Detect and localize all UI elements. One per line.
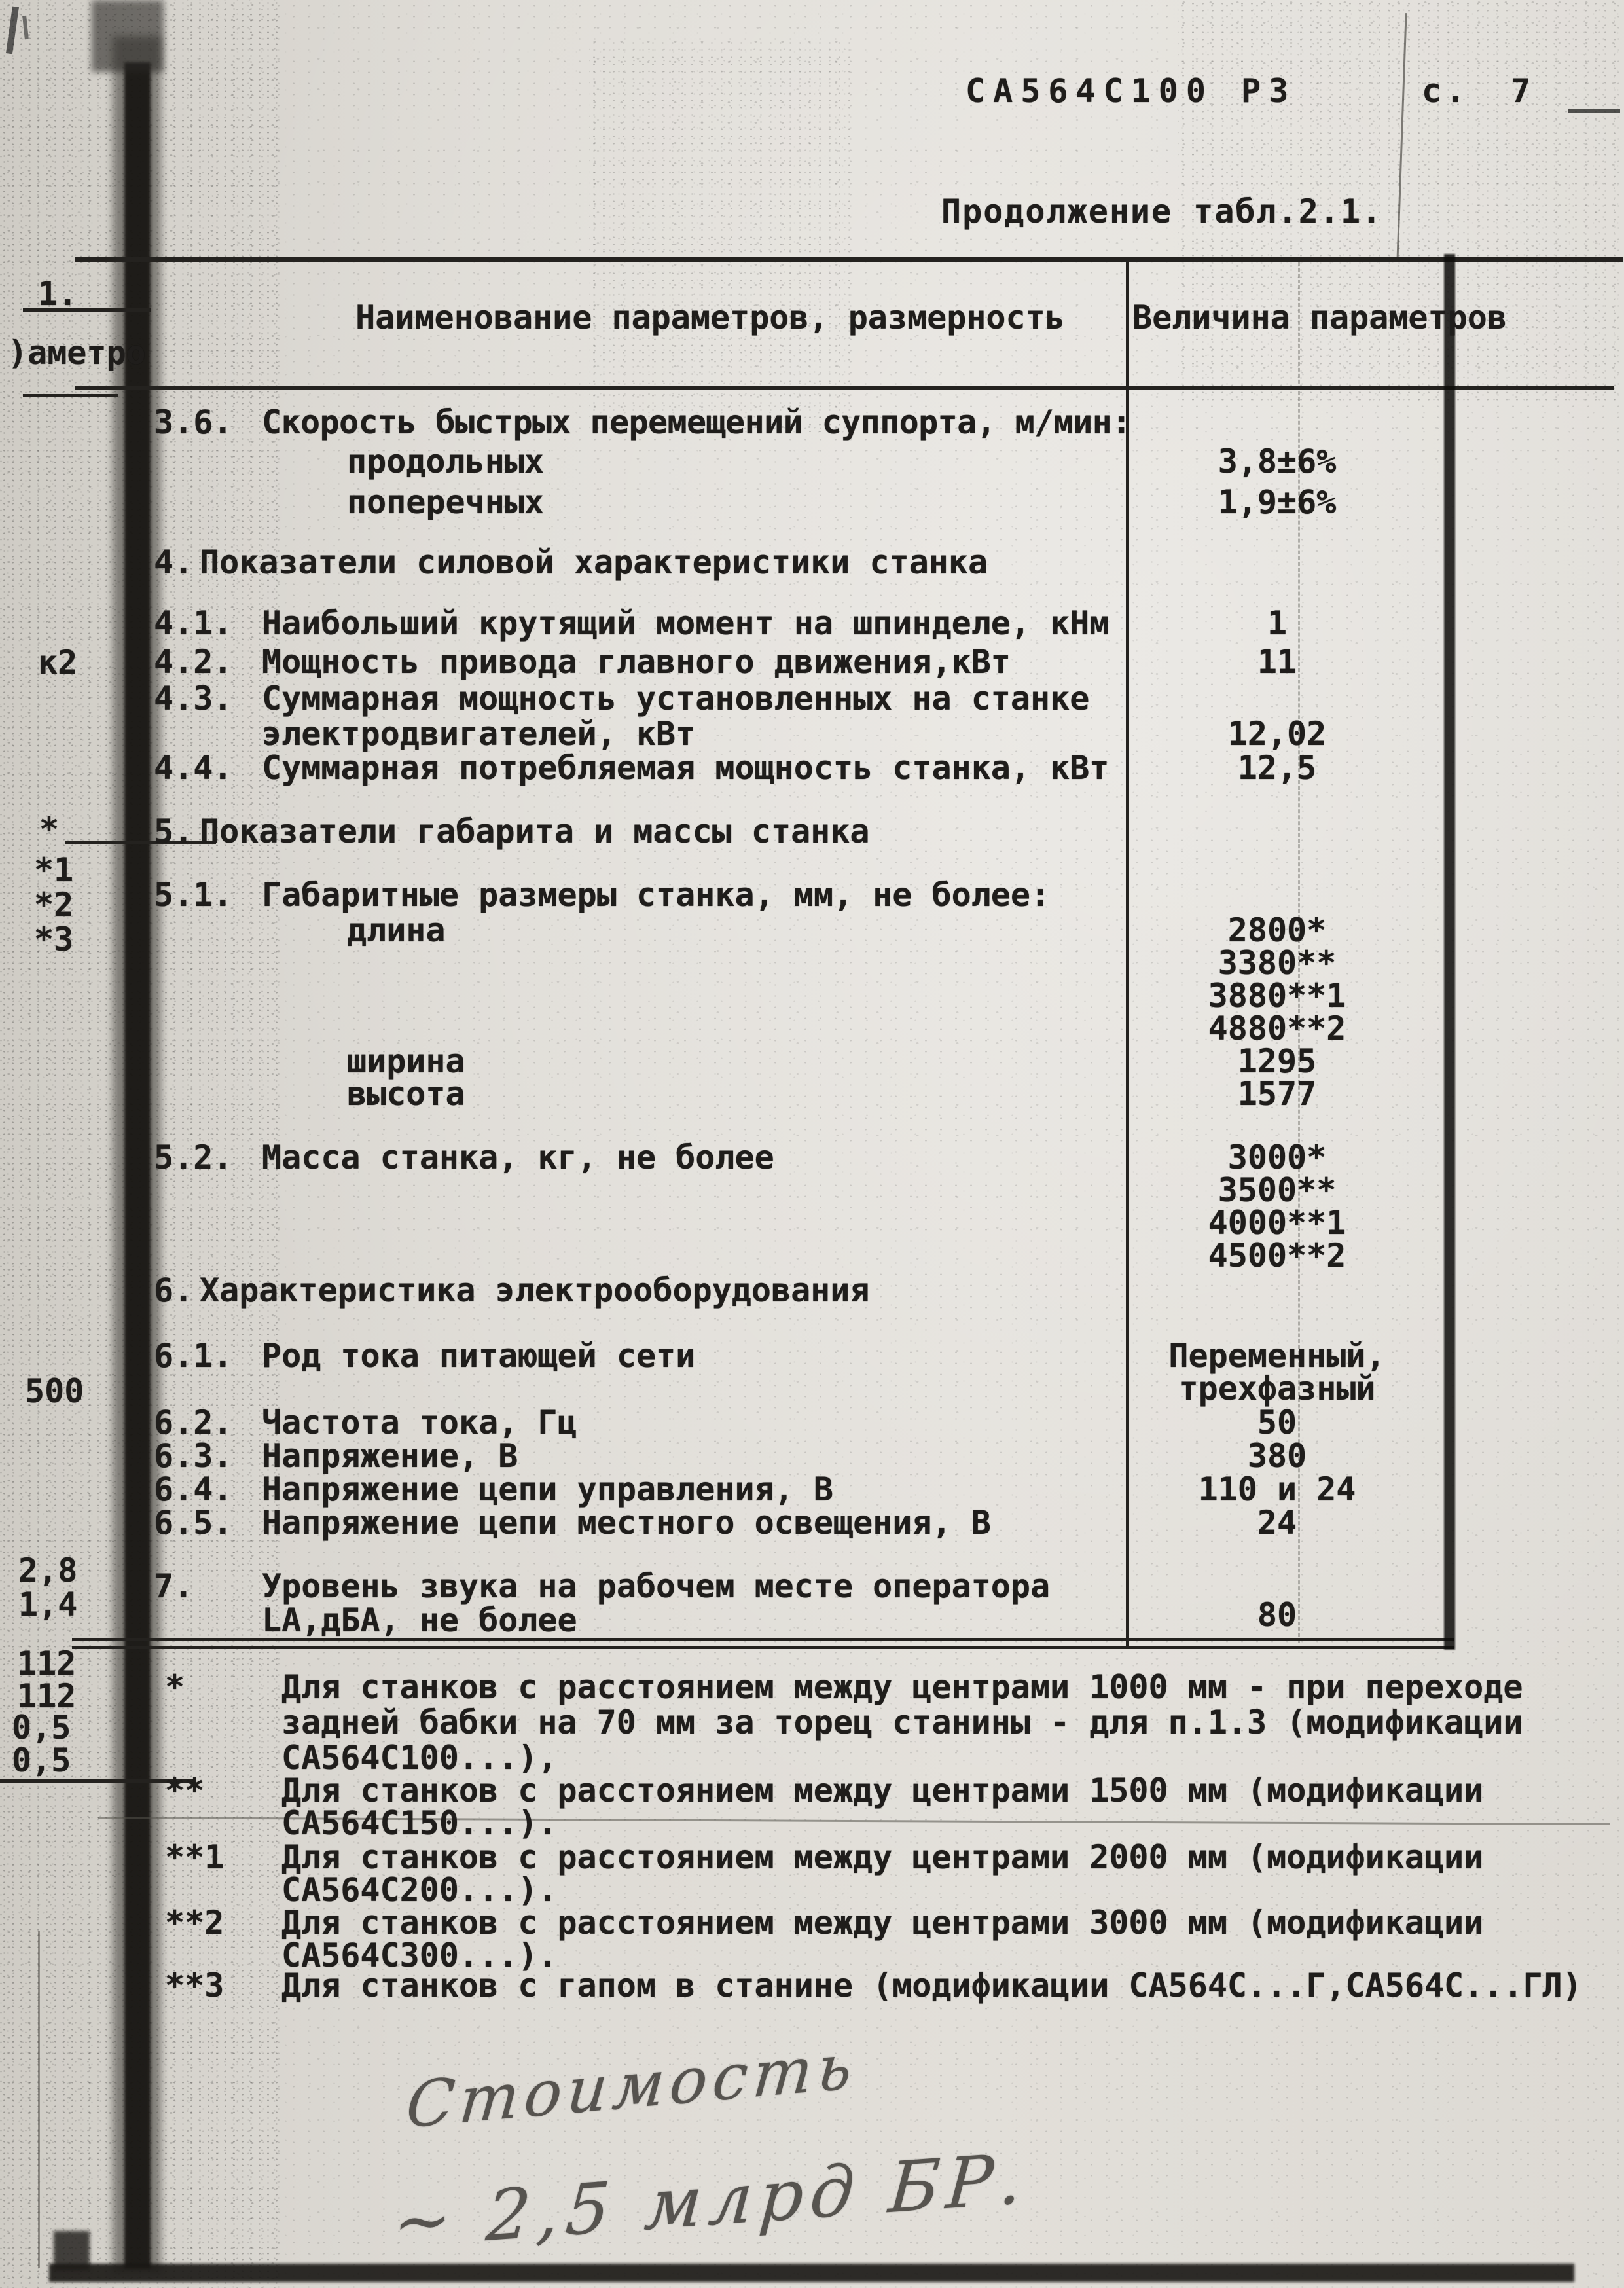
table-continuation-caption: Продолжение табл.2.1. (941, 194, 1382, 229)
row-value: 12,02 (1131, 716, 1423, 752)
row-value: 380 (1131, 1438, 1423, 1474)
margin-note-k2: к2 (38, 645, 77, 680)
footnote-line: СА564С150...). (281, 1806, 557, 1841)
row-value: 3380** (1131, 945, 1423, 981)
row-value: 12,5 (1131, 750, 1423, 786)
row-label: продольных (347, 444, 544, 479)
row-number: 3.6. (154, 405, 232, 440)
handwriting-line-1: Стоимость (403, 2029, 860, 2142)
footnote-marker: ** (165, 1773, 204, 1808)
footnote-line: задней бабки на 70 мм за торец станины -… (281, 1705, 1523, 1740)
column-header-values: Величина параметров (1132, 300, 1420, 335)
footnote-marker: **2 (165, 1905, 224, 1940)
footnote-marker: **3 (165, 1968, 224, 2003)
margin-note-05a: 0,5 (12, 1710, 71, 1745)
top-right-dash (1568, 109, 1620, 113)
footnote-marker: **1 (165, 1840, 224, 1875)
margin-note-2-8: 2,8 (18, 1553, 77, 1588)
row-label: Род тока питающей сети (262, 1338, 695, 1373)
row-value: 11 (1131, 644, 1423, 680)
page-label: с. (1422, 73, 1469, 109)
footnote-line: Для станков с расстоянием между центрами… (281, 1773, 1483, 1808)
table-column-divider (1126, 257, 1129, 1647)
row-number: 7. (154, 1569, 193, 1604)
margin-note-1-4: 1,4 (18, 1587, 77, 1622)
crease-top-right (1396, 13, 1407, 262)
row-label: Напряжение цепи местного освещения, В (262, 1505, 991, 1540)
row-label: электродвигателей, кВт (262, 716, 695, 752)
row-number: 6. (154, 1273, 193, 1308)
table-bottom-rule-2 (72, 1646, 1454, 1649)
table-header-rule (75, 386, 1614, 390)
handwriting-line-2: ~ 2,5 млрд БР. (391, 2138, 1031, 2264)
margin-note-row1: 1. (38, 276, 77, 312)
row-value: 4500**2 (1131, 1238, 1423, 1273)
margin-note-star2: *2 (34, 887, 73, 922)
bottom-left-blob (54, 2231, 90, 2270)
binding-shadow-top (92, 0, 164, 72)
row-number: 4.2. (154, 644, 232, 680)
row-value: 110 и 24 (1131, 1472, 1423, 1507)
margin-note-112a: 112 (17, 1646, 76, 1681)
row-value: 3,8±6% (1131, 444, 1423, 479)
table-top-rule (75, 257, 1623, 262)
margin-note-star1: *1 (34, 852, 73, 888)
row-label: Суммарная потребляемая мощность станка, … (262, 750, 1109, 786)
scanned-document-page: СА564С100 РЗ с. 7 Продолжение табл.2.1. … (0, 0, 1624, 2288)
margin-rule-star (65, 841, 216, 844)
row-label: высота (347, 1076, 465, 1112)
row-label: Скорость быстрых перемещений суппорта, м… (262, 405, 1131, 440)
page-number: 7 (1511, 73, 1530, 109)
left-page-edge (38, 1931, 40, 2268)
row-label: Напряжение, В (262, 1438, 518, 1474)
row-number: 5.1. (154, 877, 232, 913)
footnote-line: Для станков с гапом в станине (модификац… (281, 1968, 1582, 2003)
row-label: Частота тока, Гц (262, 1405, 577, 1440)
row-value: 80 (1131, 1597, 1423, 1633)
footnote-line: Для станков с расстоянием между центрами… (281, 1840, 1483, 1875)
row-label: ширина (347, 1044, 465, 1079)
row-value: 1,9±6% (1131, 484, 1423, 520)
row-label: Габаритные размеры станка, мм, не более: (262, 877, 1050, 913)
row-label: Суммарная мощность установленных на стан… (262, 681, 1089, 716)
row-number: 4.3. (154, 681, 232, 716)
corner-mark-2 (22, 16, 29, 39)
row-value: 2800* (1131, 913, 1423, 948)
row-label: Наибольший крутящий момент на шпинделе, … (262, 606, 1109, 641)
row-number: 6.5. (154, 1505, 232, 1540)
row-label: Мощность привода главного движения,кВт (262, 644, 1011, 680)
doc-code: СА564С100 РЗ (965, 73, 1296, 109)
margin-rule-b (23, 394, 118, 397)
footnote-line: Для станков с расстоянием между центрами… (281, 1669, 1523, 1705)
row-label: Показатели силовой характеристики станка (200, 545, 988, 580)
margin-note-500: 500 (25, 1373, 84, 1409)
footnote-line: СА564С100...), (281, 1740, 557, 1775)
row-number: 6.4. (154, 1472, 232, 1507)
table-right-edge (1444, 254, 1455, 1650)
footnote-line: СА564С200...). (281, 1872, 557, 1908)
margin-note-05b: 0,5 (12, 1743, 71, 1778)
row-label: Напряжение цепи управления, В (262, 1472, 833, 1507)
row-number: 4.1. (154, 606, 232, 641)
margin-note-star3: *3 (34, 922, 73, 957)
row-number: 6.1. (154, 1338, 232, 1373)
row-value: 24 (1131, 1505, 1423, 1540)
row-number: 6.3. (154, 1438, 232, 1474)
row-number: 5. (154, 814, 193, 849)
row-value: 1295 (1131, 1044, 1423, 1079)
row-label: длина (347, 913, 446, 948)
row-label: поперечных (347, 484, 544, 520)
row-label: Масса станка, кг, не более (262, 1140, 774, 1175)
row-value: 3880**1 (1131, 978, 1423, 1013)
margin-note-star: * (39, 812, 59, 847)
top-mid-noise (589, 39, 851, 432)
bottom-scan-edge (49, 2264, 1574, 2282)
footnote-marker: * (165, 1669, 185, 1705)
footnote-line: Для станков с расстоянием между центрами… (281, 1905, 1483, 1940)
row-value: 4880**2 (1131, 1011, 1423, 1046)
binding-shadow-inner (124, 62, 151, 2268)
margin-note-fragment: )аметро (8, 335, 146, 371)
column-header-parameters: Наименование параметров, размерность (265, 300, 1155, 335)
row-number: 5.2. (154, 1140, 232, 1175)
row-number: 4. (154, 545, 193, 580)
row-value: 50 (1131, 1405, 1423, 1440)
row-value: 3500** (1131, 1172, 1423, 1208)
row-label: LA,дБА, не более (262, 1603, 577, 1638)
row-value: Переменный, (1131, 1338, 1423, 1373)
row-label: Характеристика электрооборудования (200, 1273, 870, 1308)
row-value: 3000* (1131, 1140, 1423, 1175)
row-label: Уровень звука на рабочем месте оператора (262, 1569, 1050, 1604)
row-value: 1 (1131, 606, 1423, 641)
row-value: 1577 (1131, 1076, 1423, 1112)
row-number: 6.2. (154, 1405, 232, 1440)
row-value: трехфазный (1131, 1371, 1423, 1406)
row-value: 4000**1 (1131, 1205, 1423, 1241)
row-number: 4.4. (154, 750, 232, 786)
corner-mark (6, 7, 19, 54)
row-label: Показатели габарита и массы станка (200, 814, 870, 849)
